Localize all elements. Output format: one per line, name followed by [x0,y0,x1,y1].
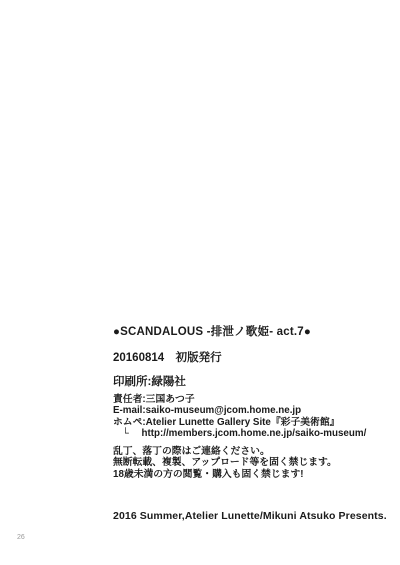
homepage-url: └ http://members.jcom.home.ne.jp/saiko-m… [113,428,366,439]
notice-line-age-restriction: 18歳未満の方の閲覧・購入も固く禁じます! [113,469,337,480]
responsible-person: 責任者:三国あつ子 [113,394,366,405]
colophon-page: ●SCANDALOUS -排泄ノ歌姫- act.7● 20160814 初版発行… [0,0,400,565]
notice-block: 乱丁、落丁の際はご連絡ください。 無断転載、複製、アップロード等を固く禁じます。… [113,446,337,480]
printer-info: 印刷所:緑陽社 [113,373,186,389]
notice-line-no-reproduction: 無断転載、複製、アップロード等を固く禁じます。 [113,457,337,468]
email-address: E-mail:saiko-museum@jcom.home.ne.jp [113,405,366,416]
page-number: 26 [17,534,25,541]
credits-line: 2016 Summer,Atelier Lunette/Mikuni Atsuk… [113,510,387,522]
notice-line-misprint: 乱丁、落丁の際はご連絡ください。 [113,446,337,457]
edition-date: 20160814 初版発行 [113,349,222,365]
contact-block: 責任者:三国あつ子 E-mail:saiko-museum@jcom.home.… [113,394,366,440]
homepage-name: ホムペ:Atelier Lunette Gallery Site『彩子美術館』 [113,417,366,428]
doujin-title: ●SCANDALOUS -排泄ノ歌姫- act.7● [113,323,311,339]
